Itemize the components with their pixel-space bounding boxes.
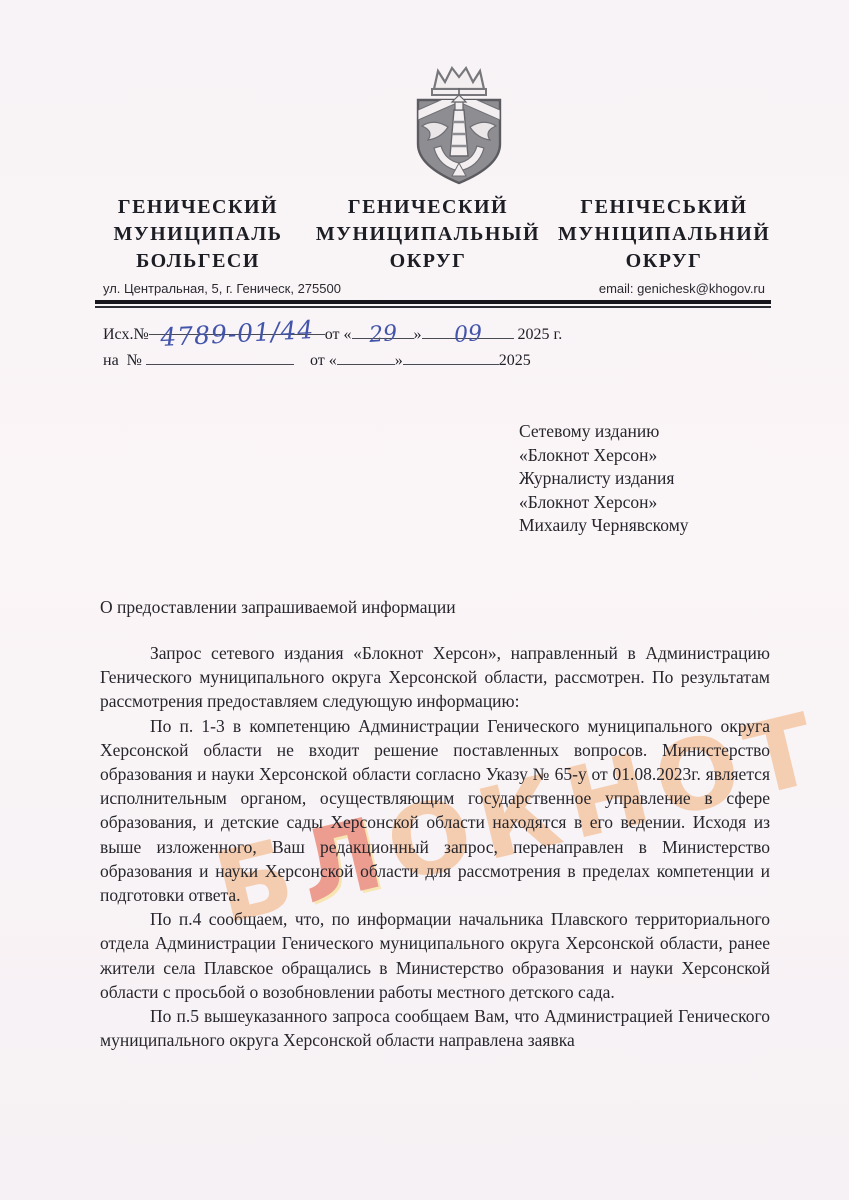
recipient-line: Журналисту издания [519,467,689,491]
date-from-label: от « [310,352,337,369]
org-title-line: БОЛЬГЕСИ [98,248,298,275]
incoming-label: на [103,352,119,369]
org-title-line: МУНИЦИПАЛЬНЫЙ [304,221,552,248]
handwritten-month: 09 [453,321,483,348]
body-paragraph: Запрос сетевого издания «Блокнот Херсон»… [100,641,770,714]
incoming-year: 2025 [499,352,531,369]
org-title-line: ГЕНІЧЕСЬКИЙ [558,194,770,221]
email-address: email: genichesk@khogov.ru [599,281,765,296]
scanned-letter-page: БЛОКНОТ [0,0,849,1200]
coat-of-arms-icon [403,64,515,188]
letterhead-contact-row: ул. Центральная, 5, г. Геническ, 275500 … [103,281,765,296]
reference-block: Исх.№4789-01/44от «29»09 2025 г. на № от… [103,316,623,376]
body-paragraph: По п.5 вышеуказанного запроса сообщаем В… [100,1004,770,1052]
handwritten-day: 29 [368,321,398,348]
recipient-line: Михаилу Чернявскому [519,514,689,538]
outgoing-number-label: Исх.№ [103,326,149,343]
outgoing-year: 2025 г. [518,326,563,343]
letter-content: ГЕНИЧЕСКИЙ МУНИЦИПАЛЬ БОЛЬГЕСИ ГЕНИЧЕСКИ… [0,0,849,1200]
org-title-line: ОКРУГ [304,248,552,275]
date-from-label: от « [325,326,352,343]
letterhead-titles: ГЕНИЧЕСКИЙ МУНИЦИПАЛЬ БОЛЬГЕСИ ГЕНИЧЕСКИ… [98,194,770,275]
org-title-line: ГЕНИЧЕСКИЙ [98,194,298,221]
month-blank: 09 [422,320,514,339]
recipient-block: Сетевому изданию «Блокнот Херсон» Журнал… [519,420,689,538]
day-blank: 29 [352,320,414,339]
incoming-month-blank [403,346,499,365]
org-title-line: МУНИЦИПАЛЬ [98,221,298,248]
recipient-line: Сетевому изданию [519,420,689,444]
incoming-number-sign: № [127,352,142,369]
recipient-line: «Блокнот Херсон» [519,491,689,515]
org-title-russian: ГЕНИЧЕСКИЙ МУНИЦИПАЛЬНЫЙ ОКРУГ [304,194,552,275]
body-paragraph: По п. 1-3 в компетенцию Администрации Ге… [100,714,770,908]
quote-close: » [395,352,403,369]
subject-line: О предоставлении запрашиваемой информаци… [100,597,456,618]
recipient-line: «Блокнот Херсон» [519,444,689,468]
outgoing-reference-row: Исх.№4789-01/44от «29»09 2025 г. [103,316,623,346]
org-title-crimean-tatar: ГЕНИЧЕСКИЙ МУНИЦИПАЛЬ БОЛЬГЕСИ [98,194,298,275]
postal-address: ул. Центральная, 5, г. Геническ, 275500 [103,281,341,296]
incoming-day-blank [337,346,395,365]
outgoing-number-blank: 4789-01/44 [149,316,325,335]
org-title-line: ГЕНИЧЕСКИЙ [304,194,552,221]
quote-close: » [414,326,422,343]
letter-body: Запрос сетевого издания «Блокнот Херсон»… [100,641,770,1052]
org-title-line: МУНІЦИПАЛЬНИЙ [558,221,770,248]
letterhead-rule-thin [95,306,771,308]
org-title-ukrainian: ГЕНІЧЕСЬКИЙ МУНІЦИПАЛЬНИЙ ОКРУГ [558,194,770,275]
org-title-line: ОКРУГ [558,248,770,275]
body-paragraph: По п.4 сообщаем, что, по информации нача… [100,907,770,1004]
letterhead-rule-thick [95,300,771,304]
